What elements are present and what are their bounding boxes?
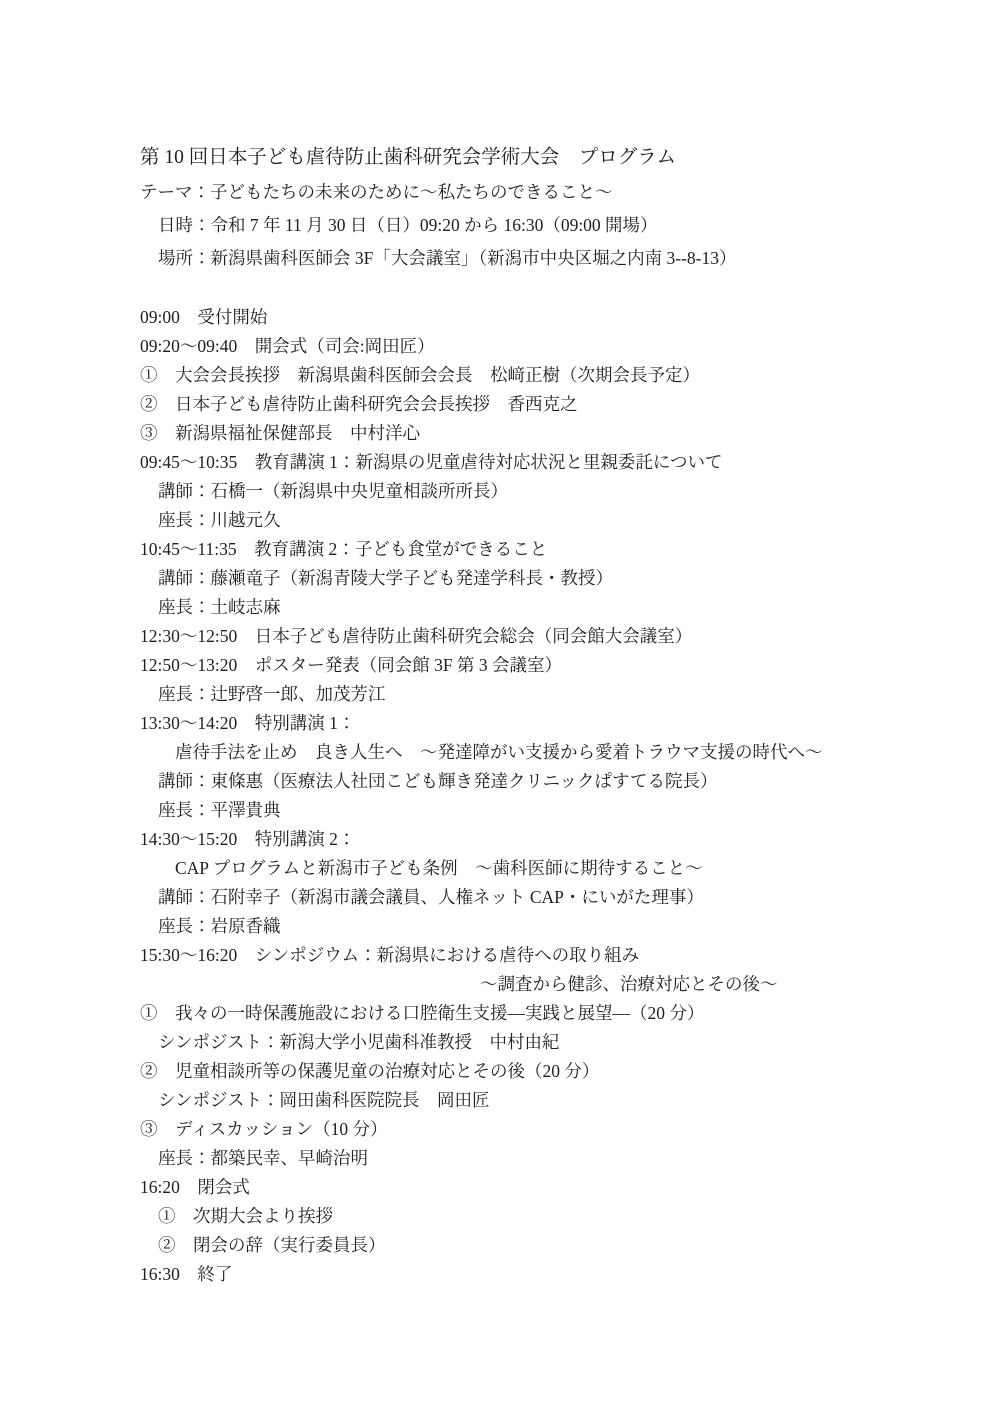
venue-line: 場所：新潟県歯科医師会 3F「大会議室」（新潟市中央区堀之内南 3--8-13） [158, 242, 900, 275]
theme-line: テーマ：子どもたちの未来のために～私たちのできること～ [140, 176, 900, 209]
program-line: 12:50～13:20 ポスター発表（同会館 3F 第 3 会議室） [140, 651, 900, 680]
program-line: ③ ディスカッション（10 分） [140, 1115, 900, 1144]
program-line: 09:45～10:35 教育講演 1：新潟県の児童虐待対応状況と里親委託について [140, 448, 900, 477]
program-line: 講師：藤瀬竜子（新潟青陵大学子ども発達学科長・教授） [158, 564, 900, 593]
program-list: 09:00 受付開始09:20～09:40 開会式（司会:岡田匠）① 大会会長挨… [140, 303, 900, 1289]
program-line: 講師：東條惠（医療法人社団こども輝き発達クリニックぱすてる院長） [158, 767, 900, 796]
datetime-line: 日時：令和 7 年 11 月 30 日（日）09:20 から 16:30（09:… [158, 209, 900, 242]
program-line: ① 大会会長挨拶 新潟県歯科医師会会長 松﨑正樹（次期会長予定） [140, 361, 900, 390]
document-title: 第 10 回日本子ども虐待防止歯科研究会学術大会 プログラム [140, 140, 900, 176]
program-line: 13:30～14:20 特別講演 1： [140, 709, 900, 738]
program-line: ② 閉会の辞（実行委員長） [158, 1231, 900, 1260]
program-line: ② 日本子ども虐待防止歯科研究会会長挨拶 香西克之 [140, 390, 900, 419]
program-line: 座長：都築民幸、早崎治明 [158, 1144, 900, 1173]
program-line: シンポジスト：岡田歯科医院院長 岡田匠 [158, 1086, 900, 1115]
program-line: ① 次期大会より挨拶 [158, 1202, 900, 1231]
program-line: シンポジスト：新潟大学小児歯科准教授 中村由紀 [158, 1028, 900, 1057]
program-line: 座長：辻野啓一郎、加茂芳江 [158, 680, 900, 709]
program-line: 12:30～12:50 日本子ども虐待防止歯科研究会総会（同会館大会議室） [140, 622, 900, 651]
program-line: ① 我々の一時保護施設における口腔衛生支援―実践と展望―（20 分） [140, 999, 900, 1028]
program-line: 16:30 終了 [140, 1260, 900, 1289]
program-line: 座長：川越元久 [158, 506, 900, 535]
header-program-gap [140, 275, 900, 303]
program-line: ～調査から健診、治療対応とその後～ [480, 970, 900, 999]
program-line: 09:00 受付開始 [140, 303, 900, 332]
program-document: 第 10 回日本子ども虐待防止歯科研究会学術大会 プログラム テーマ：子どもたち… [0, 0, 1000, 1414]
program-line: 座長：土岐志麻 [158, 593, 900, 622]
program-line: 講師：石橋一（新潟県中央児童相談所所長） [158, 477, 900, 506]
program-line: 15:30～16:20 シンポジウム：新潟県における虐待への取り組み [140, 941, 900, 970]
program-line: 10:45～11:35 教育講演 2：子ども食堂ができること [140, 535, 900, 564]
program-line: 座長：岩原香織 [158, 912, 900, 941]
program-line: 座長：平澤貴典 [158, 796, 900, 825]
program-line: ③ 新潟県福祉保健部長 中村洋心 [140, 419, 900, 448]
program-line: 16:20 閉会式 [140, 1173, 900, 1202]
program-line: 14:30～15:20 特別講演 2： [140, 825, 900, 854]
program-line: 講師：石附幸子（新潟市議会議員、人権ネット CAP・にいがた理事） [158, 883, 900, 912]
program-line: 虐待手法を止め 良き人生へ ～発達障がい支援から愛着トラウマ支援の時代へ～ [175, 738, 900, 767]
program-line: ② 児童相談所等の保護児童の治療対応とその後（20 分） [140, 1057, 900, 1086]
program-line: CAP プログラムと新潟市子ども条例 ～歯科医師に期待すること～ [175, 854, 900, 883]
program-line: 09:20～09:40 開会式（司会:岡田匠） [140, 332, 900, 361]
